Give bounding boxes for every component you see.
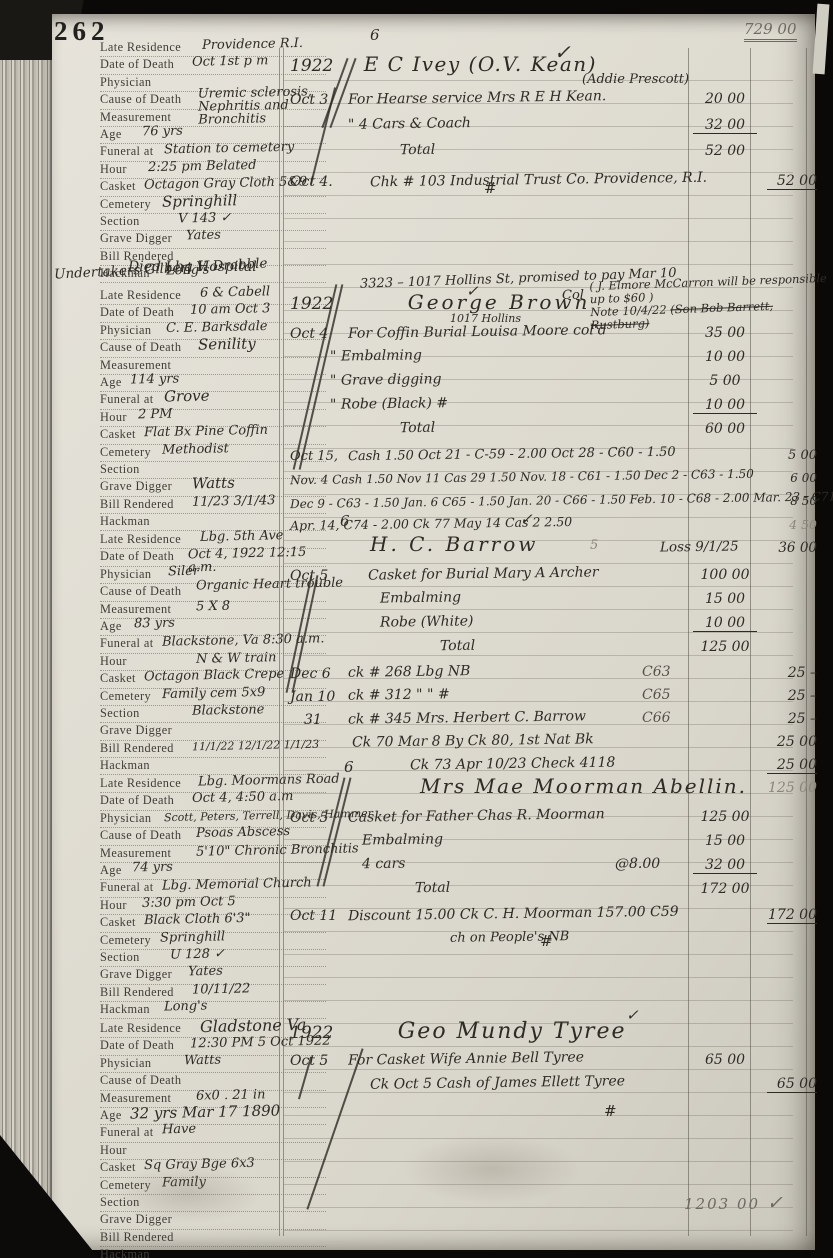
entry-desc: " Embalming: [330, 347, 422, 364]
entry-desc: " Grave digging: [330, 371, 442, 389]
field-label: Age: [100, 863, 122, 877]
entry-desc: Ck Oct 5 Cash of James Ellett Tyree: [370, 1073, 625, 1093]
payment-row: Dec 9 - C63 - 1.50 Jan. 6 C65 - 1.50 Jan…: [290, 493, 833, 516]
field-value: Flat Bx Pine Coffin: [144, 424, 268, 440]
field-label: Funeral at: [100, 1125, 154, 1139]
ledger-header: 1922 George Brown Col ( J. Elmore McCarr…: [290, 290, 833, 320]
flourish-mark: 6: [340, 512, 350, 530]
payment-row: Ck 70 Mar 8 By Ck 80, 1st Nat Bk25 00: [290, 733, 833, 756]
ledger-header: H. C. Barrow 5: [290, 532, 833, 562]
field-label: Date of Death: [100, 305, 174, 319]
field-value: V 143 ✓: [178, 211, 232, 225]
deceased-name: H. C. Barrow: [370, 532, 538, 556]
field-label: Late Residence: [100, 776, 181, 790]
grand-total-value: 1203 00: [684, 1195, 760, 1213]
field-label: Casket: [100, 179, 136, 193]
ledger-row: " Grave digging5 00: [290, 372, 833, 396]
entry-year: 1922: [290, 294, 333, 314]
field-value: 10 am Oct 3: [190, 303, 271, 318]
field-value: Oct 4, 4:50 a.m: [192, 790, 294, 805]
field-value: Family cem 5x9: [162, 685, 266, 700]
smudge-mark: 5: [590, 538, 598, 553]
ledger-row: Oct 5Casket for Father Chas R. Moorman12…: [290, 808, 833, 832]
hash-mark: #: [604, 1102, 617, 1120]
record-block: Late ResidenceLbg. Moormans Road Date of…: [100, 766, 833, 1019]
deceased-name: Geo Mundy Tyree: [398, 1019, 627, 1044]
ledger-row: Embalming15 00: [290, 832, 833, 856]
entry-desc: Dec 9 - C63 - 1.50 Jan. 6 C65 - 1.50 Jan…: [290, 489, 833, 511]
ledger-row: Embalming15 00: [290, 590, 833, 614]
field-value: Have: [162, 1123, 196, 1137]
field-label: Section: [100, 950, 140, 964]
deceased-name: Mrs Mae Moorman Abellin.: [420, 774, 747, 798]
field-value: Springhill: [160, 930, 225, 944]
field-value: 3:30 pm Oct 5: [142, 895, 236, 910]
entry-year: 1922: [290, 56, 333, 76]
field-value: Springhill: [162, 194, 237, 209]
ledger-row: Total60 00: [290, 420, 833, 444]
field-value: 5 X 8: [196, 599, 230, 613]
field-label: Casket: [100, 915, 136, 929]
field-value: 83 yrs: [134, 617, 175, 631]
ledger-row: Oct 5For Casket Wife Annie Bell Tyree65 …: [290, 1051, 833, 1075]
field-label: Section: [100, 214, 140, 228]
field-label: Casket: [100, 671, 136, 685]
ledger-row: " Robe (Black) #10 00: [290, 396, 833, 420]
field-value: Senility: [198, 338, 256, 352]
field-label: Hour: [100, 1143, 127, 1157]
field-label: Bill Rendered: [100, 497, 174, 511]
entry-ref: C63: [642, 664, 671, 680]
field-label: Measurement: [100, 358, 171, 372]
field-label: Grave Digger: [100, 231, 172, 245]
entry-amount: 52 00: [693, 143, 757, 159]
field-label: Funeral at: [100, 636, 154, 650]
field-label: Cause of Death: [100, 584, 181, 598]
entry-year: 1922: [290, 1023, 333, 1043]
field-row: Bill Rendered10/11/22: [100, 985, 326, 1002]
entry-amount: 100 00: [693, 567, 757, 583]
field-value: Grove: [164, 390, 210, 404]
book-page-edges: [0, 46, 54, 1258]
field-label: Date of Death: [100, 1038, 174, 1052]
entry-date: Oct 5: [290, 810, 328, 826]
field-value: 2 PM: [138, 407, 173, 421]
entry-amount: 10 00: [693, 615, 757, 632]
ledger-row: Robe (White)10 00: [290, 614, 833, 638]
entry-amount: 5 00: [693, 373, 757, 389]
entry-amount: 172 00: [767, 907, 817, 924]
entry-desc: Nov. 4 Cash 1.50 Nov 11 Cas 29 1.50 Nov.…: [290, 467, 754, 487]
field-row: Hackman: [100, 1247, 326, 1258]
field-label: Cause of Death: [100, 828, 181, 842]
field-label: Date of Death: [100, 549, 174, 563]
entry-ref: C65: [642, 687, 671, 703]
record-block: Died Lbg Hospital Late Residence6 & Cabe…: [100, 276, 833, 531]
field-label: Grave Digger: [100, 967, 172, 981]
flourish-mark: 6: [344, 758, 354, 776]
field-label: Cemetery: [100, 197, 151, 211]
secondary-name: (Addie Prescott): [582, 72, 689, 87]
ledger-row: Oct 5Casket for Burial Mary A Archer100 …: [290, 566, 833, 590]
field-label: Date of Death: [100, 793, 174, 807]
field-row: Age32 yrs Mar 17 1890: [100, 1108, 326, 1125]
ledger-row: Total125 00: [290, 638, 833, 662]
field-label: Hour: [100, 410, 127, 424]
ledger-header: Mrs Mae Moorman Abellin.: [290, 774, 833, 804]
entry-amount: 65 00: [693, 1052, 757, 1068]
field-value: Yates: [188, 965, 223, 979]
field-value: Watts: [184, 1053, 221, 1067]
entry-desc: Cash 1.50 Oct 21 - C-59 - 2.00 Oct 28 - …: [348, 445, 676, 465]
field-row: Date of DeathOct 4, 1922 12:15 a.m.: [100, 549, 326, 566]
field-value: N & W train: [196, 651, 277, 666]
field-value: Providence R.I.: [202, 37, 303, 52]
ledger-row: ch on People's NB: [290, 930, 833, 952]
ledger-pane: H. C. Barrow 5 Oct 5Casket for Burial Ma…: [290, 532, 833, 799]
field-label: Late Residence: [100, 1021, 181, 1035]
record-block: Late ResidenceProvidence R.I. Date of De…: [100, 30, 833, 283]
entry-ref: C66: [642, 710, 671, 726]
field-value: 2:25 pm Belated: [148, 159, 257, 174]
field-row: Bill Rendered: [100, 1230, 326, 1247]
entry-desc: " Robe (Black) #: [330, 395, 448, 413]
flourish-mark: 6: [370, 26, 380, 44]
ledger-row: Oct 3For Hearse service Mrs R E H Kean.2…: [290, 90, 833, 116]
ledger-pane: 3323 – 1017 Hollins St, promised to pay …: [290, 268, 833, 562]
entry-amount: 52 00: [767, 173, 817, 190]
paper-stain: [402, 1134, 582, 1204]
field-row: Cause of DeathUremic sclerosis, Nephriti…: [100, 92, 326, 109]
field-label: Hour: [100, 898, 127, 912]
entry-amount: 32 00: [693, 857, 757, 874]
field-label: Grave Digger: [100, 479, 172, 493]
field-label: Casket: [100, 1160, 136, 1174]
entry-amount: 15 00: [693, 833, 757, 849]
ledger-pane: 1922 Geo Mundy Tyree Oct 5For Casket Wif…: [290, 1019, 833, 1099]
field-label: Cemetery: [100, 689, 151, 703]
entry-amount: 125 00: [693, 809, 757, 825]
field-value: 11/23 3/1/43: [192, 494, 276, 509]
field-value: 10/11/22: [192, 982, 251, 996]
check-mark: ✓: [466, 282, 479, 300]
field-label: Section: [100, 462, 140, 476]
field-label: Hour: [100, 162, 127, 176]
entry-amount: 10 00: [693, 349, 757, 365]
ledger-scan-page: 262 729 00 Late ResidenceProvidence R.I.…: [0, 0, 833, 1258]
entry-amount: 20 00: [693, 91, 757, 107]
died-note: Died Lbg Hospital: [128, 259, 257, 275]
entry-amount: 25 00: [767, 734, 817, 750]
entry-desc: Total: [440, 638, 475, 654]
ledger-row: 4 cars@8.0032 00: [290, 856, 833, 880]
field-label: Cause of Death: [100, 340, 181, 354]
field-label: Late Residence: [100, 532, 181, 546]
ledger-header: 1922 Geo Mundy Tyree: [290, 1019, 833, 1049]
field-value: Station to cemetery: [164, 141, 294, 157]
entry-amount: 32 00: [693, 117, 757, 134]
check-mark: ✓: [626, 1006, 639, 1024]
field-label: Bill Rendered: [100, 1230, 174, 1244]
entry-amount: 10 00: [693, 397, 757, 414]
record-block: Late ResidenceLbg. 5th Ave Date of Death…: [100, 522, 833, 775]
field-label: Cause of Death: [100, 1073, 181, 1087]
field-value: 114 yrs: [130, 372, 179, 386]
field-label: Age: [100, 619, 122, 633]
field-label: Measurement: [100, 602, 171, 616]
entry-desc: Total: [415, 880, 450, 896]
entry-amount: 25 –: [767, 665, 817, 681]
entry-desc: Ck 70 Mar 8 By Ck 80, 1st Nat Bk: [352, 731, 594, 750]
field-label: Measurement: [100, 1091, 171, 1105]
entry-desc: Embalming: [362, 831, 443, 848]
field-label: Late Residence: [100, 288, 181, 302]
field-label: Age: [100, 1108, 122, 1122]
field-value: Octagon Gray Cloth 5&9: [144, 175, 307, 191]
entry-desc: ck # 268 Lbg NB: [348, 663, 471, 681]
field-label: Cause of Death: [100, 92, 181, 106]
entry-desc: ck # 312 " " #: [348, 686, 450, 703]
field-value: Oct 4, 1922 12:15 a.m.: [188, 546, 319, 575]
field-label: Late Residence: [100, 40, 181, 54]
check-mark: ✓: [520, 510, 533, 528]
check-mark: ✓: [554, 40, 571, 64]
field-value: Lbg. 5th Ave: [200, 529, 284, 544]
field-label: Age: [100, 127, 122, 141]
entry-desc: 4 cars: [362, 856, 406, 873]
field-label: Cemetery: [100, 933, 151, 947]
entry-desc: For Casket Wife Annie Bell Tyree: [348, 1049, 584, 1068]
field-label: Casket: [100, 427, 136, 441]
field-value: Blackstone: [192, 703, 265, 718]
field-label: Physician: [100, 1056, 151, 1070]
field-label: Physician: [100, 811, 151, 825]
entry-desc: Robe (White): [380, 613, 474, 630]
entry-desc: Casket for Burial Mary A Archer: [368, 564, 599, 583]
field-label: Physician: [100, 323, 151, 337]
entry-desc: Total: [400, 142, 435, 158]
entry-amount: 60 00: [693, 421, 757, 437]
entry-amount: 6 00: [767, 471, 817, 485]
field-value: Watts: [192, 477, 235, 491]
field-label: Date of Death: [100, 57, 174, 71]
entry-desc: " 4 Cars & Coach: [348, 115, 471, 133]
field-row: Grave DiggerYates: [100, 231, 326, 248]
entry-date: 31: [304, 712, 322, 728]
field-value: C. E. Barksdale: [166, 320, 268, 335]
entry-desc: Chk # 103 Industrial Trust Co. Providenc…: [370, 170, 707, 191]
entry-date: Oct 11: [290, 908, 337, 924]
entry-amount: 25 –: [767, 711, 817, 727]
field-label: Measurement: [100, 846, 171, 860]
entry-desc: For Hearse service Mrs R E H Kean.: [348, 88, 606, 108]
field-row: Funeral atHave: [100, 1125, 326, 1142]
entry-desc: Discount 15.00 Ck C. H. Moorman 157.00 C…: [348, 904, 679, 925]
field-label: Measurement: [100, 110, 171, 124]
payment-row: Jan 10ck # 312 " " #C6525 –: [290, 687, 833, 710]
field-label: Physician: [100, 567, 151, 581]
field-label: Bill Rendered: [100, 741, 174, 755]
ledger-row: Oct 4.Chk # 103 Industrial Trust Co. Pro…: [290, 172, 833, 198]
entry-amount: 35 00: [693, 325, 757, 341]
field-value: U 128 ✓: [170, 947, 225, 961]
field-label: Cemetery: [100, 445, 151, 459]
field-value: 76 yrs: [142, 125, 183, 139]
field-value: Black Cloth 6'3": [144, 912, 251, 927]
entry-desc: ck # 345 Mrs. Herbert C. Barrow: [348, 708, 586, 727]
ledger-row: " 4 Cars & Coach32 00: [290, 116, 833, 142]
check-mark: ✓: [767, 1192, 785, 1214]
field-value: 6x0 . 21 in: [196, 1088, 266, 1102]
paper-stain: [112, 1164, 262, 1224]
field-label: Funeral at: [100, 880, 154, 894]
ledger-row: Total172 00: [290, 880, 833, 904]
entry-amount: 15 00: [693, 591, 757, 607]
entry-date: Jan 10: [290, 689, 335, 705]
entry-amount: 125 00: [693, 639, 757, 655]
entry-desc: Total: [400, 420, 435, 436]
ledger-row: Ck Oct 5 Cash of James Ellett Tyree65 00: [290, 1075, 833, 1099]
field-label: Hour: [100, 654, 127, 668]
payment-row: 31ck # 345 Mrs. Herbert C. BarrowC6625 –: [290, 710, 833, 733]
colored-mark: Col: [562, 288, 584, 303]
ledger-pane: Mrs Mae Moorman Abellin. Oct 5Casket for…: [290, 774, 833, 952]
page-grand-total: 1203 00 ✓: [684, 1192, 785, 1214]
entry-desc: Embalming: [380, 589, 461, 606]
field-label: Age: [100, 375, 122, 389]
field-value: 74 yrs: [132, 861, 173, 875]
payment-row: Dec 6ck # 268 Lbg NBC6325 –: [290, 664, 833, 687]
ledger-paper: 262 729 00 Late ResidenceProvidence R.I.…: [52, 14, 815, 1250]
entry-desc: Casket for Father Chas R. Moorman: [348, 806, 605, 826]
field-label: Hackman: [100, 1247, 150, 1258]
entry-desc: For Coffin Burial Louisa Moore col'd: [348, 322, 607, 342]
ledger-row: Oct 11Discount 15.00 Ck C. H. Moorman 15…: [290, 906, 833, 930]
entry-amount: 5 00: [767, 448, 817, 463]
hash-mark: #: [484, 179, 497, 197]
field-value: Yates: [186, 229, 221, 243]
field-label: Physician: [100, 75, 151, 89]
entry-amount: 25 –: [767, 688, 817, 704]
entry-amount: 8 50: [767, 494, 817, 508]
field-label: Bill Rendered: [100, 985, 174, 999]
ledger-row: Oct 4For Coffin Burial Louisa Moore col'…: [290, 324, 833, 348]
field-label: Grave Digger: [100, 723, 172, 737]
ledger-pane: 1922 E C Ivey (O.V. Kean) (Addie Prescot…: [290, 52, 833, 198]
field-value: Psoas Abscess: [196, 825, 290, 840]
entry-amount: 172 00: [693, 881, 757, 897]
hash-mark: #: [540, 932, 553, 950]
field-value: Oct 1st p m: [192, 55, 269, 70]
field-value: Octagon Black Crepe: [144, 668, 284, 684]
field-value: 32 yrs Mar 17 1890: [130, 1104, 280, 1120]
field-label: Section: [100, 706, 140, 720]
ledger-row: " Embalming10 00: [290, 348, 833, 372]
ledger-row: Total52 00: [290, 142, 833, 168]
payment-row: Nov. 4 Cash 1.50 Nov 11 Cas 29 1.50 Nov.…: [290, 470, 833, 493]
field-value: Methodist: [162, 442, 229, 456]
field-label: Funeral at: [100, 392, 154, 406]
field-label: Funeral at: [100, 144, 154, 158]
entry-rate: @8.00: [615, 856, 660, 872]
field-value: Uremic sclerosis, Nephritis and Bronchit…: [198, 85, 359, 127]
field-value: 6 & Cabell: [200, 285, 270, 299]
entry-amount: 65 00: [767, 1076, 817, 1093]
